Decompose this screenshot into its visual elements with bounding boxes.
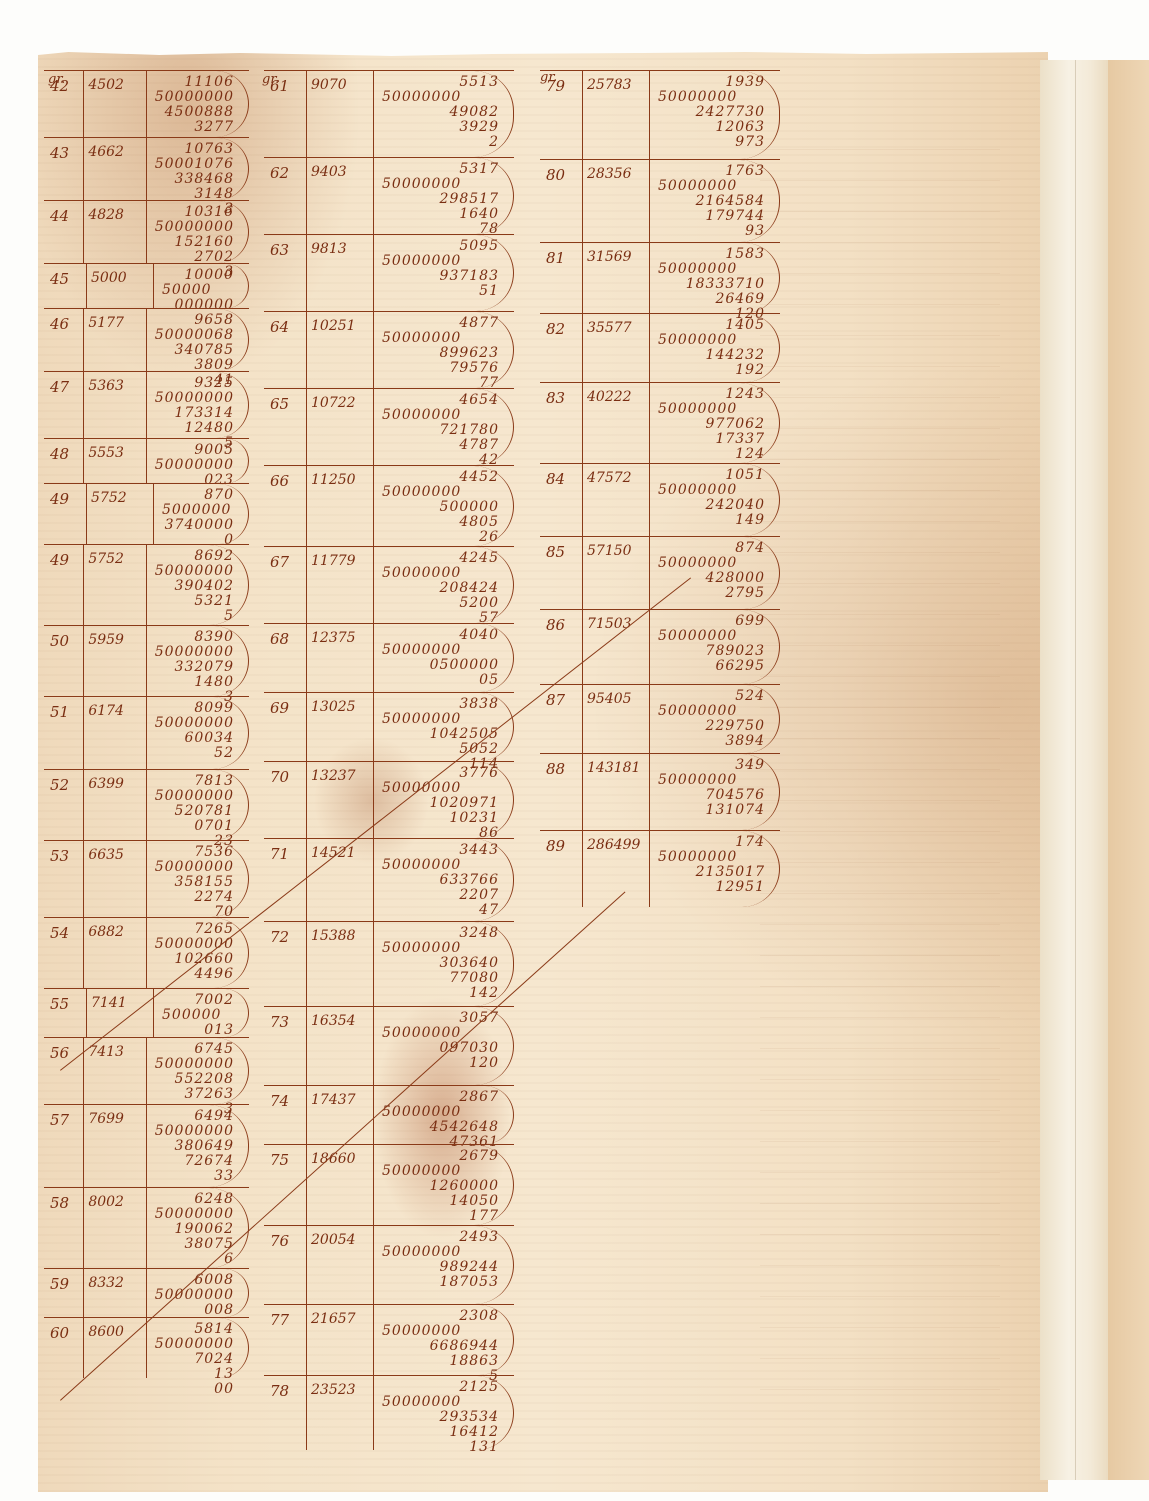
calc-line: 721780 (382, 423, 513, 438)
calc-line: 2135017 (658, 865, 779, 880)
degree-number: 61 (264, 71, 306, 157)
calculation-cell: 524500000002297503894 (649, 685, 780, 753)
calculation-cell: 932550000000173314124805 (146, 372, 249, 438)
degree-number: 68 (264, 624, 306, 692)
degree-number: 44 (44, 201, 83, 263)
calc-line: 4245 (382, 551, 513, 566)
calc-line: 50001076 (155, 157, 248, 172)
calc-line: 293534 (382, 1410, 513, 1425)
calc-line: 6686944 (382, 1339, 513, 1354)
tabular-value: 10722 (306, 389, 373, 465)
binding-gutter (1040, 60, 1112, 1480)
calc-line: 152160 (155, 235, 248, 250)
calc-line: 93 (658, 224, 779, 239)
calc-line: 50000000 (382, 1245, 513, 1260)
calc-line: 390402 (155, 579, 248, 594)
tabular-value: 8332 (83, 1269, 145, 1317)
tabular-value: 9813 (306, 235, 373, 311)
calc-line: 50000000 (155, 391, 248, 406)
table-row: 50 5959 83905000000033207914803 (44, 625, 249, 696)
calculation-cell: 37765000000010209711023186 (373, 762, 514, 838)
calc-line: 2274 (155, 890, 248, 905)
degree-number: 69 (264, 693, 306, 761)
table-row: 49 5752 86925000000039040253215 (44, 544, 249, 625)
calc-line: 704576 (658, 788, 779, 803)
degree-number: 45 (44, 264, 86, 308)
calc-line: 187053 (382, 1275, 513, 1290)
table-row: 86 71503 6995000000078902366295 (540, 609, 780, 684)
calc-line: 4500888 (155, 105, 248, 120)
calculation-cell: 404050000000050000005 (373, 624, 514, 692)
calc-line: 47 (382, 903, 513, 918)
calc-line: 144232 (658, 348, 779, 363)
degree-number: 47 (44, 372, 83, 438)
calc-line: 50000000 (658, 333, 779, 348)
degree-number: 57 (44, 1105, 83, 1187)
degree-number: 79 (540, 71, 582, 159)
degree-number: 55 (44, 989, 86, 1037)
calc-line: 177 (382, 1209, 513, 1224)
degree-number: 43 (44, 138, 83, 200)
calc-line: 340785 (155, 343, 248, 358)
table-row: 54 6882 7265500000001026604496 (44, 917, 249, 988)
calc-line: 874 (658, 541, 779, 556)
calc-line: 0701 (155, 819, 248, 834)
calc-line: 79576 (382, 361, 513, 376)
calculation-cell: 8099500000006003452 (146, 697, 249, 769)
calc-line: 18863 (382, 1354, 513, 1369)
calculation-cell: 111065000000045008883277 (146, 71, 249, 137)
tabular-value: 21657 (306, 1305, 373, 1375)
degree-number: 42 (44, 71, 83, 137)
calc-line: 1042505 (382, 727, 513, 742)
calc-line: 9658 (155, 313, 248, 328)
calculation-cell: 267950000000126000014050177 (373, 1145, 514, 1225)
calc-line: 131 (382, 1440, 513, 1455)
tabular-value: 6882 (83, 918, 145, 988)
degree-number: 78 (264, 1376, 306, 1450)
calculation-cell: 5513500000004908239292 (373, 71, 514, 157)
table-row: 78 23523 21255000000029353416412131 (264, 1375, 514, 1450)
table-row: 43 4662 107635000107633846831483 (44, 137, 249, 200)
calc-line: 50000000 (155, 1057, 248, 1072)
degree-number: 89 (540, 831, 582, 907)
calc-line: 149 (658, 513, 779, 528)
calc-line: 6745 (155, 1042, 248, 1057)
calculation-cell: 305750000000097030120 (373, 1007, 514, 1085)
calc-line: 3740000 (162, 518, 248, 533)
degree-number: 46 (44, 309, 83, 371)
calc-line: 9325 (155, 376, 248, 391)
calc-line: 50000000 (658, 90, 779, 105)
calc-line: 120 (382, 1056, 513, 1071)
calc-line: 1051 (658, 468, 779, 483)
calculation-cell: 86925000000039040253215 (146, 545, 249, 625)
calc-line: 26469 (658, 292, 779, 307)
table-row: 77 21657 2308500000006686944188635 (264, 1304, 514, 1375)
calc-line: 50000000 (382, 408, 513, 423)
calc-line: 10316 (155, 205, 248, 220)
calc-line: 50000000 (155, 220, 248, 235)
degree-number: 48 (44, 439, 83, 483)
tabular-value: 11779 (306, 547, 373, 623)
table-row: 84 47572 105150000000242040149 (540, 463, 780, 536)
tabular-value: 15388 (306, 922, 373, 1006)
calc-line: 1763 (658, 164, 779, 179)
calculation-cell: 21255000000029353416412131 (373, 1376, 514, 1450)
calculation-cell: 12435000000097706217337124 (649, 383, 780, 463)
table-row: 56 7413 674550000000552208372633 (44, 1037, 249, 1104)
calc-line: 1260000 (382, 1179, 513, 1194)
calc-line: 13 (155, 1367, 248, 1382)
tabular-value: 5363 (83, 372, 145, 438)
table-row: 69 13025 38385000000010425055052114 (264, 692, 514, 761)
calc-line: 229750 (658, 719, 779, 734)
calc-line: 33 (155, 1169, 248, 1184)
calc-line: 50000000 (658, 704, 779, 719)
degree-number: 50 (44, 626, 83, 696)
calculation-cell: 445250000000500000480526 (373, 466, 514, 546)
calc-line: 5 (155, 609, 248, 624)
calc-line: 6494 (155, 1109, 248, 1124)
table-row: 83 40222 12435000000097706217337124 (540, 382, 780, 463)
calc-line: 50000000 (658, 556, 779, 571)
calc-line: 380649 (155, 1139, 248, 1154)
calc-line: 2125 (382, 1380, 513, 1395)
degree-number: 62 (264, 158, 306, 234)
calc-line: 8390 (155, 630, 248, 645)
calc-line: 14050 (382, 1194, 513, 1209)
calc-line: 50000000 (382, 781, 513, 796)
table-row: 67 11779 424550000000208424520057 (264, 546, 514, 623)
calculation-cell: 531750000000298517164078 (373, 158, 514, 234)
calc-line: 05 (382, 673, 513, 688)
table-row: 60 8600 58145000000070241300 (44, 1317, 249, 1378)
tabular-value: 7141 (86, 989, 153, 1037)
table-row: 89 286499 17450000000213501712951 (540, 830, 780, 907)
calc-line: 50000000 (155, 937, 248, 952)
calc-line: 3443 (382, 843, 513, 858)
calculation-cell: 38385000000010425055052114 (373, 693, 514, 761)
calc-line: 3838 (382, 697, 513, 712)
calc-line: 50000000 (155, 564, 248, 579)
tabular-value: 9403 (306, 158, 373, 234)
table-row: 49 5752 870500000037400000 (44, 483, 249, 544)
calc-line: 60034 (155, 731, 248, 746)
calculation-cell: 4877500000008996237957677 (373, 312, 514, 388)
degree-number: 74 (264, 1086, 306, 1144)
tabular-value: 5752 (83, 545, 145, 625)
calc-line: 7813 (155, 774, 248, 789)
calc-line: 6 (155, 1252, 248, 1267)
calc-line: 12951 (658, 880, 779, 895)
calc-line: 2679 (382, 1149, 513, 1164)
calc-line: 50000000 (658, 773, 779, 788)
degree-number: 58 (44, 1188, 83, 1268)
calc-line: 50000000 (155, 789, 248, 804)
calc-line: 338468 (155, 172, 248, 187)
calc-line: 66295 (658, 659, 779, 674)
table-row: 80 28356 176350000000216458417974493 (540, 159, 780, 242)
calc-line: 4877 (382, 316, 513, 331)
degree-number: 63 (264, 235, 306, 311)
calculation-cell: 34950000000704576131074 (649, 754, 780, 830)
calc-line: 50000000 (155, 860, 248, 875)
tabular-value: 4662 (83, 138, 145, 200)
calc-line: 5317 (382, 162, 513, 177)
table-row: 81 31569 1583500000001833371026469120 (540, 242, 780, 313)
calc-line: 332079 (155, 660, 248, 675)
tabular-value: 13237 (306, 762, 373, 838)
table-row: 47 5363 932550000000173314124805 (44, 371, 249, 438)
calc-line: 552208 (155, 1072, 248, 1087)
calc-line: 16412 (382, 1425, 513, 1440)
calc-line: 2 (382, 135, 513, 150)
table-row: 61 9070 5513500000004908239292 (264, 70, 514, 157)
calc-line: 2493 (382, 1230, 513, 1245)
calc-line: 50000000 (658, 850, 779, 865)
tabular-value: 71503 (582, 610, 649, 684)
calc-line: 50000000 (658, 629, 779, 644)
calc-line: 633766 (382, 873, 513, 888)
calc-line: 242040 (658, 498, 779, 513)
calc-line: 2164584 (658, 194, 779, 209)
calc-line: 50000000 (155, 1207, 248, 1222)
degree-number: 59 (44, 1269, 83, 1317)
degree-number: 54 (44, 918, 83, 988)
calc-line: 4542648 (382, 1120, 513, 1135)
table-row: 70 13237 37765000000010209711023186 (264, 761, 514, 838)
degree-number: 84 (540, 464, 582, 536)
calc-line: 50000000 (382, 566, 513, 581)
calc-line: 10231 (382, 811, 513, 826)
table-row: 68 12375 404050000000050000005 (264, 623, 514, 692)
facing-page-edge (1108, 60, 1149, 1480)
calculation-cell: 6995000000078902366295 (649, 610, 780, 684)
calc-line: 4787 (382, 438, 513, 453)
calc-line: 937183 (382, 269, 513, 284)
degree-number: 76 (264, 1226, 306, 1304)
calc-line: 7536 (155, 845, 248, 860)
calc-line: 097030 (382, 1041, 513, 1056)
calc-line: 50000000 (382, 90, 513, 105)
degree-number: 87 (540, 685, 582, 753)
calc-line: 4654 (382, 393, 513, 408)
degree-number: 86 (540, 610, 582, 684)
tabular-value: 5959 (83, 626, 145, 696)
calc-line: 899623 (382, 346, 513, 361)
table-row: 51 6174 8099500000006003452 (44, 696, 249, 769)
table-row: 71 14521 344350000000633766220747 (264, 838, 514, 921)
calc-line: 1583 (658, 247, 779, 262)
table-row: 44 4828 103165000000015216027023 (44, 200, 249, 263)
table-row: 48 5553 900550000000023 (44, 438, 249, 483)
tabular-value: 35577 (582, 314, 649, 382)
degree-number: 82 (540, 314, 582, 382)
calc-line: 9005 (155, 443, 248, 458)
calc-line: 10000 (162, 268, 248, 283)
calc-line: 192 (658, 363, 779, 378)
tabular-value: 17437 (306, 1086, 373, 1144)
table-row: 82 35577 140550000000144232192 (540, 313, 780, 382)
calc-line: 37263 (155, 1087, 248, 1102)
calculation-cell: 103165000000015216027023 (146, 201, 249, 263)
table-row: 66 11250 445250000000500000480526 (264, 465, 514, 546)
tabular-value: 286499 (582, 831, 649, 907)
calc-line: 520781 (155, 804, 248, 819)
calc-line: 7024 (155, 1352, 248, 1367)
calc-line: 500000 (382, 500, 513, 515)
table-row: 88 143181 34950000000704576131074 (540, 753, 780, 830)
calc-line: 789023 (658, 644, 779, 659)
calculation-cell: 965850000068340785380941 (146, 309, 249, 371)
tabular-value: 23523 (306, 1376, 373, 1450)
calculation-cell: 83905000000033207914803 (146, 626, 249, 696)
calc-line: 50000000 (382, 254, 513, 269)
calc-line: 973 (658, 135, 779, 150)
table-column-left: 42 4502 11106500000004500888327743 4662 … (44, 70, 249, 1378)
calculation-cell: 900550000000023 (146, 439, 249, 483)
calc-line: 12480 (155, 421, 248, 436)
calc-line: 5321 (155, 594, 248, 609)
calculation-cell: 7265500000001026604496 (146, 918, 249, 988)
calculation-cell: 781350000000520781070123 (146, 770, 249, 840)
calculation-cell: 624850000000190062380756 (146, 1188, 249, 1268)
tabular-value: 6174 (83, 697, 145, 769)
calc-line: 12063 (658, 120, 779, 135)
table-row: 59 8332 600850000000008 (44, 1268, 249, 1317)
calc-line: 7002 (162, 993, 248, 1008)
calc-line: 500000 (162, 1008, 248, 1023)
calc-line: 2207 (382, 888, 513, 903)
table-row: 45 5000 1000050000000000 (44, 263, 249, 308)
calc-line: 699 (658, 614, 779, 629)
calc-line: 50000000 (155, 1124, 248, 1139)
calc-line: 131074 (658, 803, 779, 818)
calculation-cell: 32485000000030364077080142 (373, 922, 514, 1006)
calc-line: 3248 (382, 926, 513, 941)
calc-line: 50000000 (382, 941, 513, 956)
calc-line: 013 (162, 1023, 248, 1038)
tabular-value: 95405 (582, 685, 649, 753)
calc-line: 3929 (382, 120, 513, 135)
calculation-cell: 465450000000721780478742 (373, 389, 514, 465)
degree-number: 52 (44, 770, 83, 840)
calc-line: 5814 (155, 1322, 248, 1337)
tabular-value: 8002 (83, 1188, 145, 1268)
tabular-value: 143181 (582, 754, 649, 830)
calculation-cell: 193950000000242773012063973 (649, 71, 780, 159)
calc-line: 303640 (382, 956, 513, 971)
calculation-cell: 249350000000989244187053 (373, 1226, 514, 1304)
calculation-cell: 424550000000208424520057 (373, 547, 514, 623)
degree-number: 81 (540, 243, 582, 313)
tabular-value: 5752 (86, 484, 153, 544)
calc-line: 1243 (658, 387, 779, 402)
calc-line: 208424 (382, 581, 513, 596)
calc-line: 174 (658, 835, 779, 850)
calc-line: 142 (382, 986, 513, 1001)
degree-number: 49 (44, 484, 86, 544)
tabular-value: 25783 (582, 71, 649, 159)
degree-number: 60 (44, 1318, 83, 1378)
table-row: 46 5177 965850000068340785380941 (44, 308, 249, 371)
calc-line: 50000 (162, 283, 248, 298)
calculation-cell: 674550000000552208372633 (146, 1038, 249, 1104)
calc-line: 50000000 (382, 712, 513, 727)
tabular-value: 9070 (306, 71, 373, 157)
degree-number: 77 (264, 1305, 306, 1375)
tabular-value: 7413 (83, 1038, 145, 1104)
calc-line: 51 (382, 284, 513, 299)
calc-line: 4452 (382, 470, 513, 485)
degree-number: 80 (540, 160, 582, 242)
calc-line: 5000000 (162, 503, 248, 518)
calc-line: 870 (162, 488, 248, 503)
tabular-value: 7699 (83, 1105, 145, 1187)
calc-line: 1640 (382, 207, 513, 222)
calc-line: 428000 (658, 571, 779, 586)
calc-line: 4805 (382, 515, 513, 530)
tabular-value: 16354 (306, 1007, 373, 1085)
calc-line: 50000000 (382, 485, 513, 500)
calculation-cell: 105150000000242040149 (649, 464, 780, 536)
calc-line: 5052 (382, 742, 513, 757)
calc-line: 298517 (382, 192, 513, 207)
calc-line: 50000000 (155, 1337, 248, 1352)
tabular-value: 5553 (83, 439, 145, 483)
calc-line: 3277 (155, 120, 248, 135)
calc-line: 50000000 (155, 458, 248, 473)
table-row: 72 15388 32485000000030364077080142 (264, 921, 514, 1006)
degree-number: 85 (540, 537, 582, 609)
calc-line: 10763 (155, 142, 248, 157)
tabular-value: 4828 (83, 201, 145, 263)
table-column-right: 79 25783 19395000000024277301206397380 2… (540, 70, 780, 907)
tabular-value: 11250 (306, 466, 373, 546)
calc-line: 50000000 (382, 1105, 513, 1120)
calc-line: 1480 (155, 675, 248, 690)
calculation-cell: 1583500000001833371026469120 (649, 243, 780, 313)
calc-line: 1939 (658, 75, 779, 90)
table-row: 55 7141 7002500000013 (44, 988, 249, 1037)
degree-number: 65 (264, 389, 306, 465)
tabular-value: 13025 (306, 693, 373, 761)
tabular-value: 4502 (83, 71, 145, 137)
calc-line: 0500000 (382, 658, 513, 673)
calculation-cell: 1000050000000000 (153, 264, 249, 308)
calculation-cell: 140550000000144232192 (649, 314, 780, 382)
calc-line: 17337 (658, 432, 779, 447)
degree-number: 66 (264, 466, 306, 546)
calc-line: 8692 (155, 549, 248, 564)
calc-line: 6008 (155, 1273, 248, 1288)
degree-number: 56 (44, 1038, 83, 1104)
tabular-value: 28356 (582, 160, 649, 242)
calc-line: 989244 (382, 1260, 513, 1275)
calc-line: 77080 (382, 971, 513, 986)
calculation-cell: 107635000107633846831483 (146, 138, 249, 200)
tabular-value: 5000 (86, 264, 153, 308)
degree-number: 83 (540, 383, 582, 463)
table-row: 57 7699 6494500000003806497267433 (44, 1104, 249, 1187)
calculation-cell: 344350000000633766220747 (373, 839, 514, 921)
bleed-through-text (760, 120, 1000, 1420)
calc-line: 6248 (155, 1192, 248, 1207)
calc-line: 50000000 (382, 1324, 513, 1339)
degree-number: 67 (264, 547, 306, 623)
calc-line: 4040 (382, 628, 513, 643)
